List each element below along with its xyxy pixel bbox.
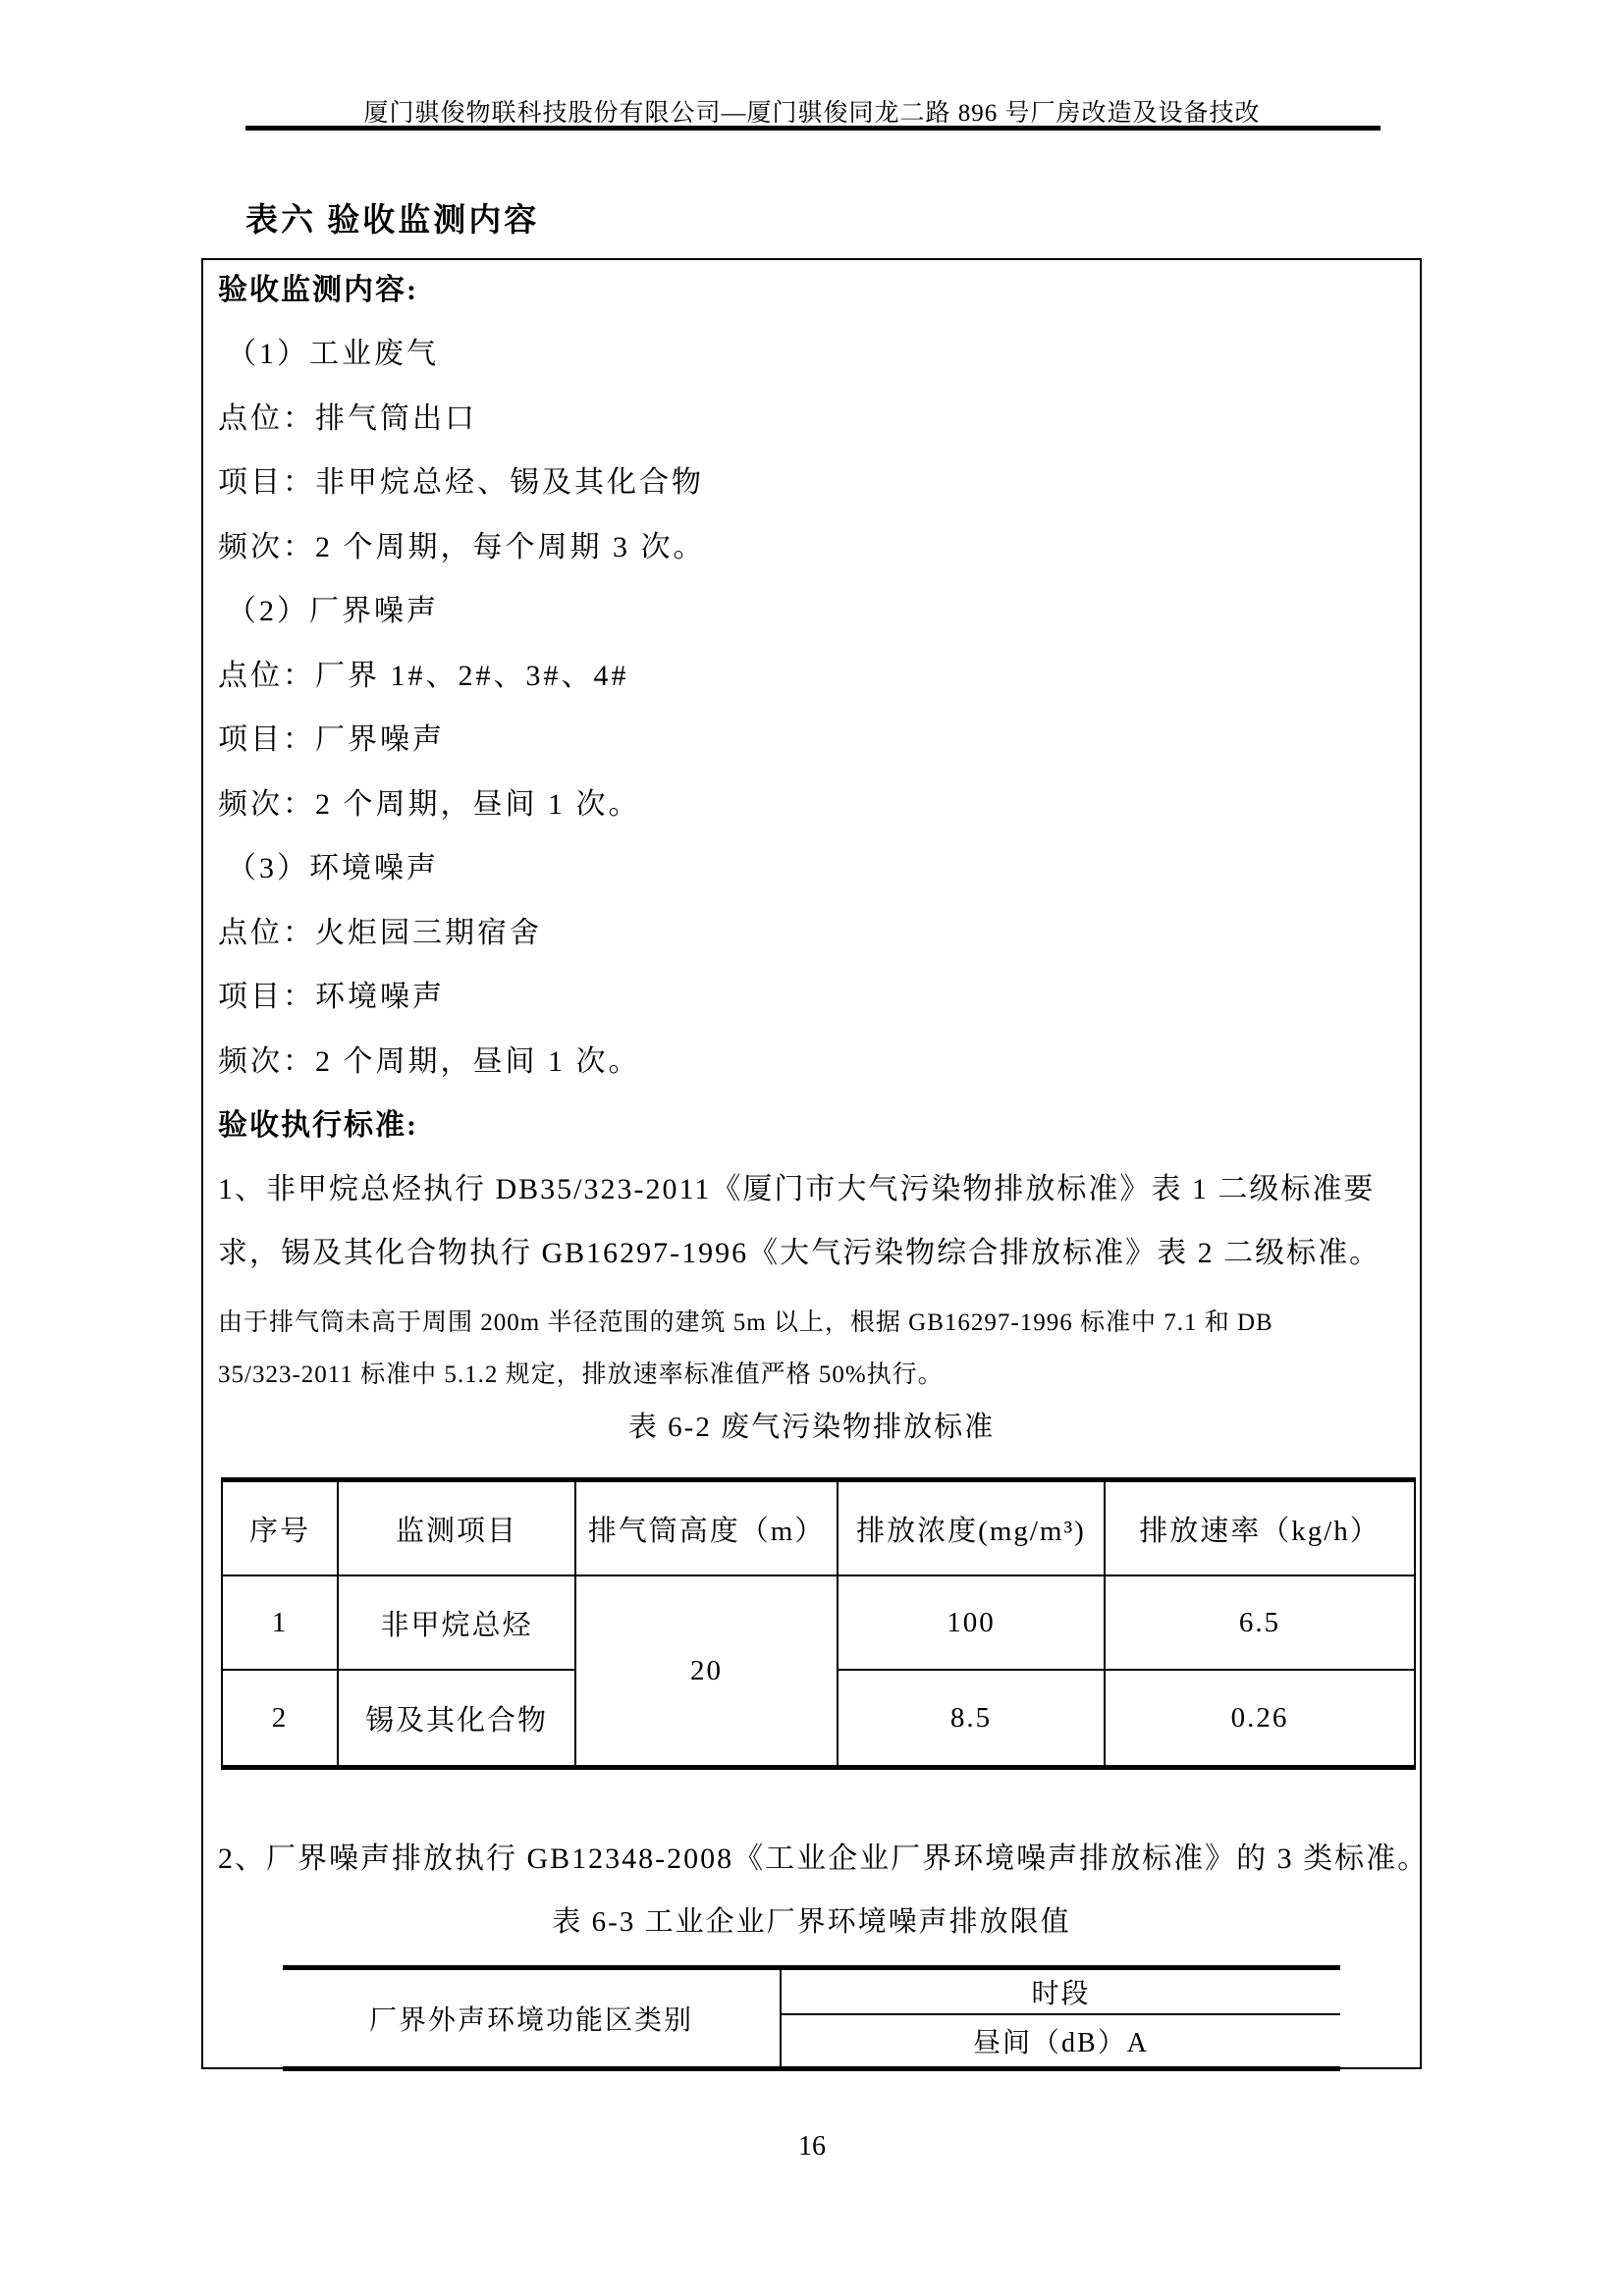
note-line-1: 由于排气筒未高于周围 200m 半径范围的建筑 5m 以上，根据 GB16297… — [218, 1308, 1273, 1339]
monitoring-line-1: （1）工业废气 — [227, 339, 439, 370]
page-title: 表六 验收监测内容 — [245, 194, 539, 240]
cell-item: 非甲烷总烃 — [338, 1575, 575, 1670]
monitoring-line-12: 频次：2 个周期，昼间 1 次。 — [218, 1046, 641, 1078]
standards-heading: 验收执行标准: — [218, 1110, 418, 1142]
content-box — [201, 258, 1422, 2069]
table2-caption: 表 6-3 工业企业厂界环境噪声排放限值 — [201, 1906, 1422, 1938]
page-number: 16 — [0, 2131, 1624, 2163]
noise-limit-table: 厂界外声环境功能区类别 时段 昼间（dB）A — [283, 1965, 1340, 2071]
emission-standards-table: 序号 监测项目 排气筒高度（m） 排放浓度(mg/m³) 排放速率（kg/h） … — [221, 1477, 1416, 1770]
note-line-2: 35/323-2011 标准中 5.1.2 规定，排放速率标准值严格 50%执行… — [218, 1360, 944, 1391]
standards-line-1: 1、非甲烷总烃执行 DB35/323-2011《厦门市大气污染物排放标准》表 1… — [218, 1174, 1375, 1205]
table-row: 1 非甲烷总烃 20 100 6.5 — [222, 1575, 1415, 1670]
table-row: 厂界外声环境功能区类别 时段 — [283, 1968, 1340, 2015]
col-header-rate: 排放速率（kg/h） — [1105, 1480, 1415, 1576]
monitoring-line-9: （3）环境噪声 — [227, 853, 439, 884]
document-header-title: 厦门骐俊物联科技股份有限公司—厦门骐俊同龙二路 896 号厂房改造及设备技改 — [0, 93, 1624, 129]
monitoring-line-4: 频次：2 个周期，每个周期 3 次。 — [218, 532, 706, 563]
monitoring-line-5: （2）厂界噪声 — [227, 596, 439, 627]
col-header-item: 监测项目 — [338, 1480, 575, 1576]
cell-no: 2 — [222, 1670, 338, 1768]
cell-stack-height: 20 — [575, 1575, 838, 1768]
monitoring-line-8: 频次：2 个周期，昼间 1 次。 — [218, 789, 641, 821]
table-header-row: 序号 监测项目 排气筒高度（m） 排放浓度(mg/m³) 排放速率（kg/h） — [222, 1480, 1415, 1576]
document-page: 厦门骐俊物联科技股份有限公司—厦门骐俊同龙二路 896 号厂房改造及设备技改 表… — [0, 0, 1624, 2296]
table1-caption: 表 6-2 废气污染物排放标准 — [201, 1412, 1422, 1443]
cell-item: 锡及其化合物 — [338, 1670, 575, 1768]
monitoring-line-6: 点位：厂界 1#、2#、3#、4# — [218, 661, 629, 692]
cell-period-header: 时段 — [781, 1968, 1340, 2015]
cell-daytime-label: 昼间（dB）A — [781, 2014, 1340, 2069]
cell-concentration: 8.5 — [838, 1670, 1105, 1768]
monitoring-line-10: 点位：火炬园三期宿舍 — [218, 918, 542, 949]
header-rule — [245, 126, 1380, 131]
col-header-no: 序号 — [222, 1480, 338, 1576]
cell-zone-category: 厂界外声环境功能区类别 — [283, 1968, 781, 2069]
monitoring-line-3: 项目：非甲烷总烃、锡及其化合物 — [218, 467, 704, 499]
monitoring-line-11: 项目：环境噪声 — [218, 982, 445, 1013]
col-header-stack-height: 排气筒高度（m） — [575, 1480, 838, 1576]
cell-concentration: 100 — [838, 1575, 1105, 1670]
monitoring-heading: 验收监测内容: — [218, 275, 418, 306]
monitoring-line-2: 点位：排气筒出口 — [218, 403, 477, 435]
standards-line-2: 求，锡及其化合物执行 GB16297-1996《大气污染物综合排放标准》表 2 … — [218, 1238, 1380, 1269]
cell-no: 1 — [222, 1575, 338, 1670]
col-header-concentration: 排放浓度(mg/m³) — [838, 1480, 1105, 1576]
cell-rate: 0.26 — [1105, 1670, 1415, 1768]
monitoring-line-7: 项目：厂界噪声 — [218, 724, 445, 756]
noise-standard-line: 2、厂界噪声排放执行 GB12348-2008《工业企业厂界环境噪声排放标准》的… — [218, 1843, 1429, 1875]
cell-rate: 6.5 — [1105, 1575, 1415, 1670]
